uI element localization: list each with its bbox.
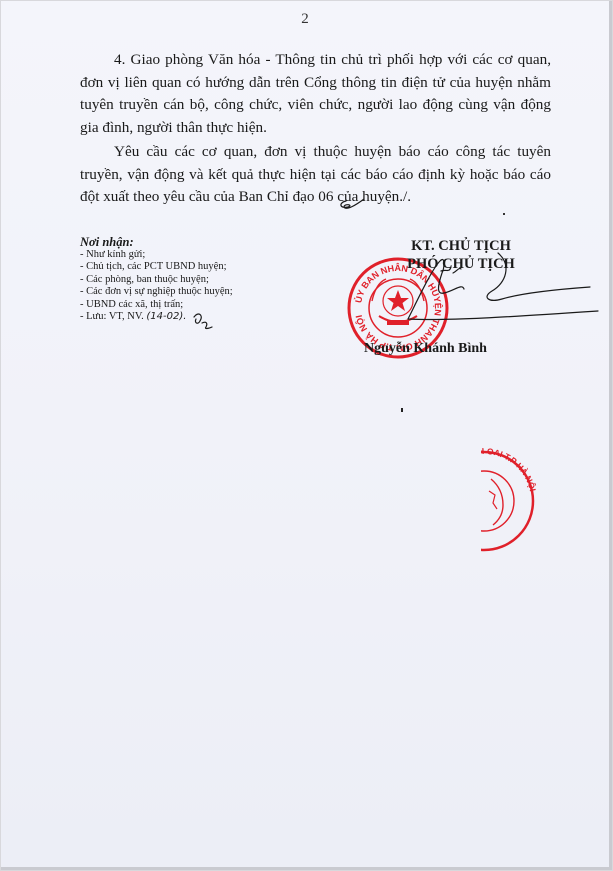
svg-text:THANH OAI T.P HÀ NỘI: THANH OAI T.P HÀ NỘI [452, 446, 538, 492]
document-page: 2 4. Giao phòng Văn hóa - Thông tin chủ … [1, 1, 612, 870]
scan-speck [401, 408, 403, 412]
partial-page-seal: THANH OAI T.P HÀ NỘI [1, 1, 609, 867]
partial-stamp-text: THANH OAI T.P HÀ NỘI [452, 446, 538, 492]
scan-speck [503, 213, 505, 215]
